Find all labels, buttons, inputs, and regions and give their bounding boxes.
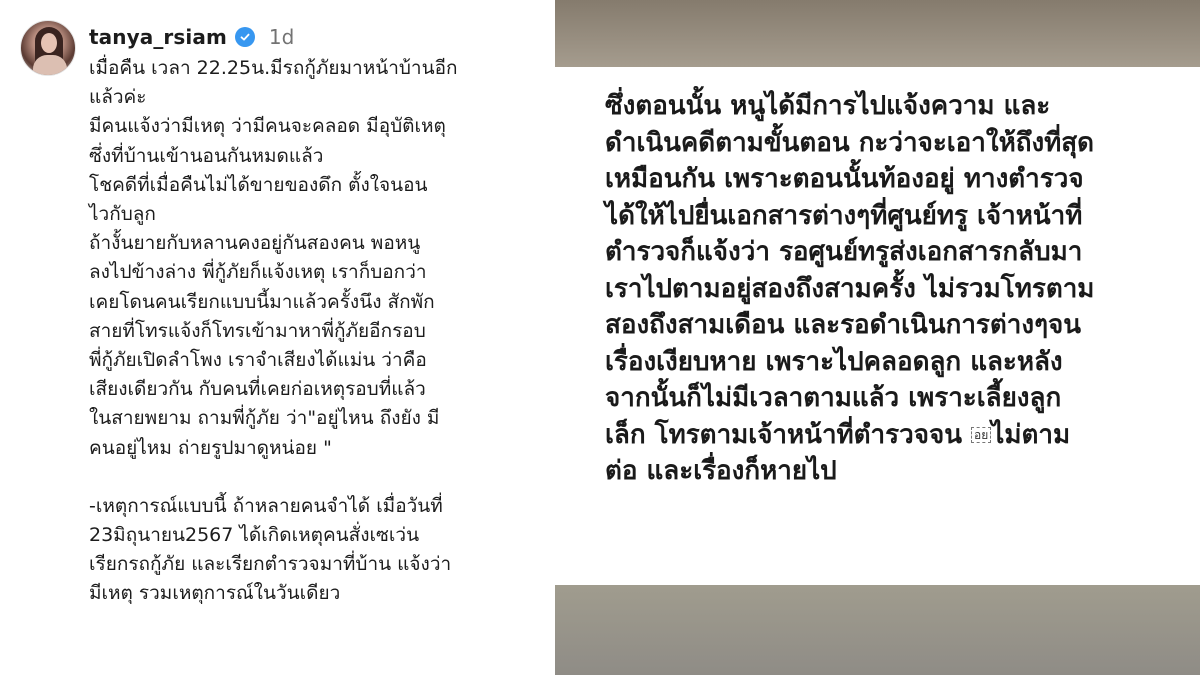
caption-line: ในสายพยาม ถามพี่กู้ภัย ว่า"อยู่ไหน ถึงยั… [89, 404, 549, 433]
caption-line: เมื่อคืน เวลา 22.25น.มีรถกู้ภัยมาหน้าบ้า… [89, 54, 549, 83]
caption-line: มีคนแจ้งว่ามีเหตุ ว่ามีคนจะคลอด มีอุบัติ… [89, 112, 549, 141]
story-line: ต่อ และเรื่องก็หายไป [605, 453, 1195, 490]
post-time: 1d [269, 25, 294, 49]
story-line: เราไปตามอยู่สองถึงสามครั้ง ไม่รวมโทรตาม [605, 271, 1195, 308]
story-line: ได้ให้ไปยื่นเอกสารต่างๆที่ศูนย์ทรู เจ้าห… [605, 198, 1195, 235]
verified-badge-icon [235, 27, 255, 47]
caption-text: เมื่อคืน เวลา 22.25น.มีรถกู้ภัยมาหน้าบ้า… [89, 54, 549, 609]
caption-line: ถ้างั้นยายกับหลานคงอยู่กันสองคน พอหนู [89, 229, 549, 258]
avatar[interactable] [20, 20, 76, 76]
story-line: ดำเนินคดีตามขั้นตอน กะว่าจะเอาให้ถึงที่ส… [605, 125, 1195, 162]
avatar-face [41, 33, 57, 53]
caption-line: ซึ่งที่บ้านเข้านอนกันหมดแล้ว [89, 142, 549, 171]
story-line-part: เล็ก โทรตามเจ้าหน้าที่ตำรวจจน [605, 420, 971, 450]
post-header: tanya_rsiam 1d [89, 20, 294, 54]
username-link[interactable]: tanya_rsiam [89, 25, 227, 49]
story-line: สองถึงสามเดือน และรอดำเนินการต่างๆจน [605, 307, 1195, 344]
caption-line: มีเหตุ รวมเหตุการณ์ในวันเดียว [89, 579, 549, 608]
caption-line: 23มิถุนายน2567 ได้เกิดเหตุคนสั่งเซเว่น [89, 521, 549, 550]
story-line: เรื่องเงียบหาย เพราะไปคลอดลูก และหลัง [605, 344, 1195, 381]
story-line: จากนั้นก็ไม่มีเวลาตามแล้ว เพราะเลี้ยงลูก [605, 380, 1195, 417]
story-text: ซึ่งตอนนั้น หนูได้มีการไปแจ้งความ และ ดำ… [605, 88, 1195, 490]
story-text-image: ซึ่งตอนนั้น หนูได้มีการไปแจ้งความ และ ดำ… [555, 0, 1200, 675]
story-line: เหมือนกัน เพราะตอนนั้นท้องอยู่ ทางตำรวจ [605, 161, 1195, 198]
caption-line: แล้วค่ะ [89, 83, 549, 112]
text-artifact: อย [971, 427, 991, 443]
caption-line: โชคดีที่เมื่อคืนไม่ได้ขายของดึก ตั้งใจนอ… [89, 171, 549, 200]
story-line: ซึ่งตอนนั้น หนูได้มีการไปแจ้งความ และ [605, 88, 1195, 125]
story-line-part: ไม่ตาม [991, 420, 1070, 450]
caption-line: ไวกับลูก [89, 200, 549, 229]
caption-line: เคยโดนคนเรียกแบบนี้มาแล้วครั้งนึง สักพัก [89, 288, 549, 317]
avatar-body [33, 55, 67, 76]
caption-line: ลงไปข้างล่าง พี่กู้ภัยก็แจ้งเหตุ เราก็บอ… [89, 258, 549, 287]
caption-line: เสียงเดียวกัน กับคนที่เคยก่อเหตุรอบที่แล… [89, 375, 549, 404]
caption-line: สายที่โทรแจ้งก็โทรเข้ามาหาพี่กู้ภัยอีกรอ… [89, 317, 549, 346]
story-line: ตำรวจก็แจ้งว่า รอศูนย์ทรูส่งเอกสารกลับมา [605, 234, 1195, 271]
caption-line: พี่กู้ภัยเปิดลำโพง เราจำเสียงได้แม่น ว่า… [89, 346, 549, 375]
paragraph-gap [89, 463, 549, 492]
top-gray-band [555, 0, 1200, 67]
instagram-post-caption: tanya_rsiam 1d เมื่อคืน เวลา 22.25น.มีรถ… [0, 0, 555, 675]
caption-line: เรียกรถกู้ภัย และเรียกตำรวจมาที่บ้าน แจ้… [89, 550, 549, 579]
story-line: เล็ก โทรตามเจ้าหน้าที่ตำรวจจน อยไม่ตาม [605, 417, 1195, 454]
bottom-gray-band [555, 585, 1200, 675]
caption-line: -เหตุการณ์แบบนี้ ถ้าหลายคนจำได้ เมื่อวัน… [89, 492, 549, 521]
caption-line: คนอยู่ไหม ถ่ายรูปมาดูหน่อย " [89, 434, 549, 463]
